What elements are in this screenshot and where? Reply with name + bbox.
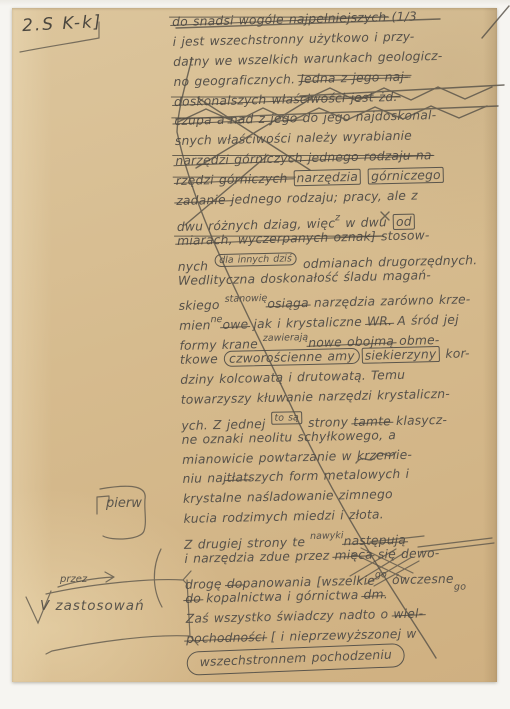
struck-text: do — [227, 574, 243, 594]
struck-text: czupa a — [174, 111, 230, 132]
struck-text: go — [454, 581, 466, 592]
handwritten-text: Zaś wszystko świadczy nadto o — [186, 607, 394, 626]
struck-text: zadanie — [176, 191, 231, 212]
boxed-insert: to są — [271, 411, 302, 425]
margin-note-text: zastosowań — [56, 598, 145, 614]
handwritten-text: klasycz- — [391, 413, 447, 428]
margin-note-pierw: pierw — [106, 496, 142, 511]
struck-text: tłat — [226, 469, 248, 489]
struck-text: rzędzi górniczych — [176, 169, 293, 192]
handwritten-text: tkowe — [180, 352, 224, 367]
struck-text: mięca — [334, 546, 373, 567]
boxed-insert: górniczego — [368, 167, 444, 185]
margin-note-insert-word: przez — [60, 574, 87, 585]
handwritten-text: krystalne naśladowanie zimnego — [183, 487, 393, 506]
interlinear-insert: stanowię — [225, 293, 268, 305]
handwritten-text: i jest wszechstronny użytkowo i przy- — [172, 29, 414, 48]
handwritten-text: no geograficznych. — [173, 72, 300, 89]
struck-text: nowe obojmą — [308, 332, 394, 354]
handwritten-text: dziny kolcowatą i drutowatą. Temu — [180, 368, 405, 387]
handwritten-text: kor- — [440, 346, 470, 361]
struck-text: wiel- — [393, 604, 423, 625]
boxed-insert: narzędzia — [293, 169, 361, 187]
insertion-v-mark: V — [40, 598, 56, 614]
struck-text: nad z jego — [230, 110, 303, 132]
struck-text: pochodności — [186, 628, 266, 650]
handwritten-text: i narzędzia zdue przez — [184, 548, 335, 565]
struck-text: Jedna z jego naj- — [300, 67, 409, 89]
margin-note-zastosowan: V zastosowań — [40, 598, 145, 614]
handwritten-text: (1/3 — [386, 9, 417, 24]
manuscript-text-block: do snadsi wogóle najpełniejszych (1/3i j… — [172, 5, 510, 669]
struck-text: owe — [222, 316, 248, 336]
interlinear-insert: ne — [210, 314, 222, 325]
handwritten-text: stosow- — [381, 228, 430, 243]
interlinear-insert: zawierają — [263, 332, 309, 344]
handwritten-text: do jego najdoskonal- — [302, 108, 436, 125]
handwritten-text: [ i nieprzewyższonej w — [265, 626, 416, 643]
handwritten-text — [362, 170, 367, 184]
interlinear-insert: nawyki — [310, 530, 344, 542]
circled-insert: dla innych dziś — [214, 252, 297, 267]
archival-corner-label: 2.S K-k] — [22, 12, 103, 36]
struck-text: WR. — [367, 312, 393, 332]
handwritten-text: mianowicie powtarzanie w krzemie- — [182, 447, 412, 466]
struck-text: tamte — [353, 412, 391, 433]
handwritten-text: szych form metalowych i — [248, 467, 409, 485]
handwritten-text: kucia rodzimych miedzi i złota. — [183, 508, 384, 527]
manuscript-scan-page: { "colors":{"paper":"#d6bb8e","backgroun… — [0, 0, 510, 709]
handwritten-text: kopalnictwa i górnictwa — [201, 588, 364, 606]
handwritten-text: Wedlityczna doskonałość śladu magań- — [178, 268, 431, 288]
handwritten-text: towarzyszy kłuwanie narzędzi krystaliczn… — [181, 387, 450, 407]
struck-text: do — [185, 589, 201, 609]
struck-text: dm — [363, 585, 384, 605]
struck-text: osiąga — [267, 294, 309, 315]
handwritten-text: niu naj — [182, 471, 226, 486]
handwritten-text: snych właściwości należy wyrabianie — [175, 129, 412, 148]
handwritten-text: ówczesne — [387, 572, 454, 588]
handwritten-text: datny we wszelkich warunkach geologicz- — [173, 49, 443, 69]
interlinear-insert: go — [375, 569, 387, 580]
handwritten-text: jednego rodzaju; pracy, ale z — [231, 188, 418, 206]
